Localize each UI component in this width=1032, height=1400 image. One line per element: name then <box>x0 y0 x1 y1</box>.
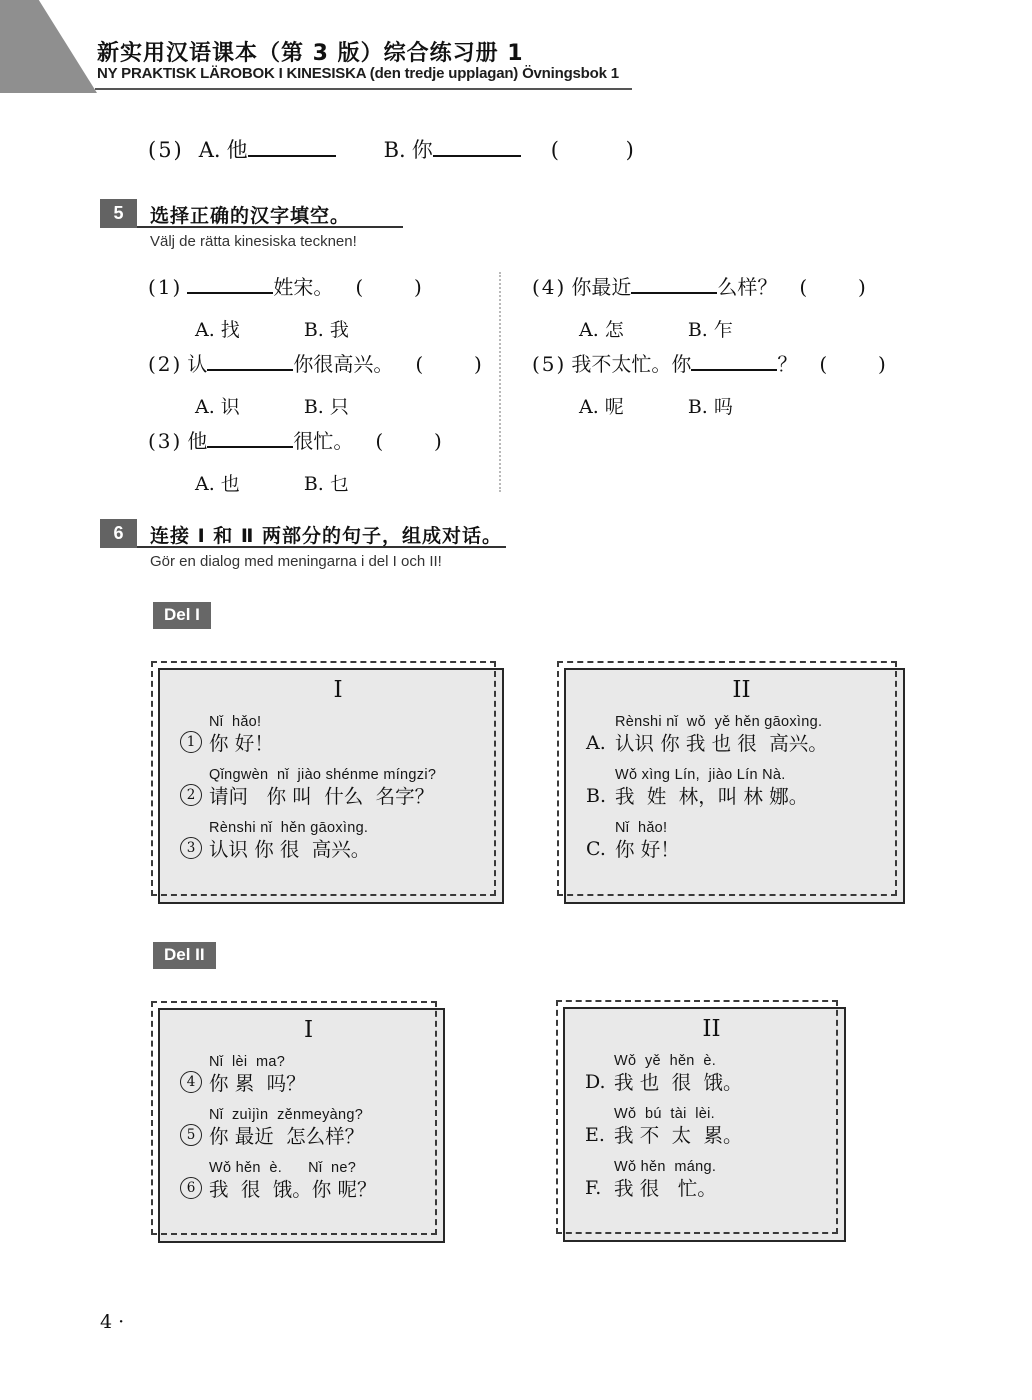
answer-parentheses: ( ) <box>819 352 885 376</box>
pinyin-text: Wǒ hěn máng. <box>614 1159 838 1175</box>
option-a: A. 呢 <box>579 392 624 419</box>
pinyin-text: Nǐ hǎo! <box>209 714 496 730</box>
del2-dialog-box-part2: II D. Wǒ yě hěn è. 我 也 很 饿。 E. Wǒ bú tài… <box>556 1000 838 1234</box>
section6-subtitle-swedish: Gör en dialog med meningarna i del I och… <box>150 553 442 570</box>
header-rule <box>95 88 632 90</box>
hanzi-text: 你 最近 怎么样？ <box>209 1124 437 1150</box>
pinyin-text: Wǒ bú tài lèi. <box>614 1106 838 1122</box>
pinyin-text: Wǒ yě hěn è. <box>614 1053 838 1069</box>
sentence-before-blank: 认 <box>187 348 207 377</box>
option-b: B. 乍 <box>688 315 733 342</box>
options-row: A. 也 B. 乜 <box>148 469 493 496</box>
options-row: A. 呢 B. 吗 <box>532 392 952 419</box>
question-number: (4) <box>532 275 566 299</box>
answer-blank <box>691 369 777 371</box>
answer-parentheses: ( ) <box>799 275 865 299</box>
pinyin-text: Qǐngwèn nǐ jiào shénme míngzi? <box>209 767 496 783</box>
option-a-label: A. <box>199 138 221 162</box>
dialog-line: 3 Rènshi nǐ hěn gāoxìng. 认识 你 很 高兴。 <box>180 820 496 863</box>
fill-blank-question: (1) 姓宋。 ( ) A. 找 B. 我 <box>148 271 493 348</box>
exercise5-left-column: (1) 姓宋。 ( ) A. 找 B. 我 (2) 认 你很高兴。 <box>148 271 493 502</box>
answer-blank <box>433 155 521 157</box>
hanzi-text: 认识 你 很 高兴。 <box>209 837 496 863</box>
line-letter: A. <box>586 732 606 754</box>
question-number: (1) <box>148 275 182 299</box>
dialog-line: 1 Nǐ hǎo! 你 好！ <box>180 714 496 757</box>
line-letter: C. <box>586 838 606 860</box>
pinyin-text: Nǐ zuìjìn zěnmeyàng? <box>209 1107 437 1123</box>
option-b-label: B. <box>384 138 406 162</box>
option-a-hanzi: 他 <box>227 134 248 164</box>
answer-blank <box>631 292 717 294</box>
question-sentence: (4) 你最近 么样？ ( ) <box>532 271 952 300</box>
question-number: (3) <box>148 429 182 453</box>
hanzi-text: 我 很 饿。你 呢？ <box>209 1177 437 1203</box>
fill-blank-question: (5) 我不太忙。你 ？ ( ) A. 呢 B. 吗 <box>532 348 952 425</box>
pinyin-text: Nǐ hǎo! <box>615 820 897 836</box>
fill-blank-question: (3) 他 很忙。 ( ) A. 也 B. 乜 <box>148 425 493 502</box>
book-title-swedish: NY PRAKTISK LÄROBOK I KINESISKA (den tre… <box>97 65 619 82</box>
options-row: A. 找 B. 我 <box>148 315 493 342</box>
corner-triangle-decoration <box>0 0 97 93</box>
question-number: (2) <box>148 352 182 376</box>
question-sentence: (5) 我不太忙。你 ？ ( ) <box>532 348 952 377</box>
line-number-circled: 6 <box>180 1177 202 1199</box>
option-a: A. 找 <box>195 315 240 342</box>
exercise5-right-column: (4) 你最近 么样？ ( ) A. 怎 B. 乍 (5) 我不太忙。你 <box>532 271 952 425</box>
del2-dialog-box-part1: I 4 Nǐ lèi ma? 你 累 吗？ 5 Nǐ zuìjìn zěnmey… <box>151 1001 437 1235</box>
workbook-page: 新实用汉语课本（第 3 版）综合练习册 1 NY PRAKTISK LÄROBO… <box>0 0 1032 1400</box>
hanzi-text: 你 累 吗？ <box>209 1071 437 1097</box>
hanzi-text: 认识 你 我 也 很 高兴。 <box>615 731 897 757</box>
section5-title-chinese: 选择正确的汉字填空。 <box>150 201 350 228</box>
del1-dialog-box-part1: I 1 Nǐ hǎo! 你 好！ 2 Qǐngwèn nǐ jiào shénm… <box>151 661 496 896</box>
dialog-line: 2 Qǐngwèn nǐ jiào shénme míngzi? 请问 你 叫 … <box>180 767 496 810</box>
option-b-hanzi: 你 <box>412 134 433 164</box>
del1-dialog-box-part2: II A. Rènshi nǐ wǒ yě hěn gāoxìng. 认识 你 … <box>557 661 897 896</box>
question-number: (5) <box>532 352 566 376</box>
question-number: (5) <box>148 138 184 162</box>
line-letter: D. <box>585 1071 606 1093</box>
sentence-after-blank: 你很高兴。 <box>293 348 393 377</box>
option-b: B. 只 <box>304 392 349 419</box>
answer-blank <box>207 369 293 371</box>
dialog-line: F. Wǒ hěn máng. 我 很 忙。 <box>585 1159 838 1202</box>
line-number-circled: 5 <box>180 1124 202 1146</box>
dialog-line: B. Wǒ xìng Lín, jiào Lín Nà. 我 姓 林，叫 林 娜… <box>586 767 897 810</box>
hanzi-text: 请问 你 叫 什么 名字？ <box>209 784 496 810</box>
pinyin-text: Wǒ xìng Lín, jiào Lín Nà. <box>615 767 897 783</box>
sentence-after-blank: 很忙。 <box>293 425 353 454</box>
options-row: A. 识 B. 只 <box>148 392 493 419</box>
dialog-line: A. Rènshi nǐ wǒ yě hěn gāoxìng. 认识 你 我 也… <box>586 714 897 757</box>
section6-rule <box>137 546 506 548</box>
pinyin-text: Wǒ hěn è. Nǐ ne? <box>209 1160 437 1176</box>
dialog-line: D. Wǒ yě hěn è. 我 也 很 饿。 <box>585 1053 838 1096</box>
answer-blank <box>207 446 293 448</box>
page-number: 4 · <box>100 1311 124 1333</box>
answer-parentheses: ( ) <box>355 275 421 299</box>
sentence-after-blank: 么样？ <box>717 271 777 300</box>
dialog-line: 5 Nǐ zuìjìn zěnmeyàng? 你 最近 怎么样？ <box>180 1107 437 1150</box>
section5-subtitle-swedish: Välj de rätta kinesiska tecknen! <box>150 233 357 250</box>
answer-parentheses: ( ) <box>551 138 634 162</box>
hanzi-text: 你 好！ <box>209 731 496 757</box>
box-title: II <box>586 677 897 703</box>
column-divider-dotted <box>499 272 501 492</box>
del2-label: Del II <box>153 942 216 969</box>
section6-title-chinese: 连接 Ⅰ 和 Ⅱ 两部分的句子，组成对话。 <box>150 521 502 548</box>
line-number-circled: 4 <box>180 1071 202 1093</box>
sentence-before-blank: 你最近 <box>571 271 631 300</box>
hanzi-text: 你 好！ <box>615 837 897 863</box>
hanzi-text: 我 姓 林，叫 林 娜。 <box>615 784 897 810</box>
box-title: II <box>585 1016 838 1042</box>
pinyin-text: Rènshi nǐ hěn gāoxìng. <box>209 820 496 836</box>
sentence-after-blank: ？ <box>777 348 797 377</box>
hanzi-text: 我 不 太 累。 <box>614 1123 838 1149</box>
del1-label: Del I <box>153 602 211 629</box>
dialog-line: 6 Wǒ hěn è. Nǐ ne? 我 很 饿。你 呢？ <box>180 1160 437 1203</box>
answer-parentheses: ( ) <box>375 429 441 453</box>
question-sentence: (2) 认 你很高兴。 ( ) <box>148 348 493 377</box>
fill-blank-question: (4) 你最近 么样？ ( ) A. 怎 B. 乍 <box>532 271 952 348</box>
sentence-after-blank: 姓宋。 <box>273 271 333 300</box>
option-a: A. 怎 <box>579 315 624 342</box>
hanzi-text: 我 很 忙。 <box>614 1176 838 1202</box>
answer-parentheses: ( ) <box>415 352 481 376</box>
option-b: B. 吗 <box>688 392 733 419</box>
previous-exercise-item: (5) A. 他 B. 你 ( ) <box>148 134 634 164</box>
answer-blank <box>248 155 336 157</box>
hanzi-text: 我 也 很 饿。 <box>614 1070 838 1096</box>
line-number-circled: 1 <box>180 731 202 753</box>
box-title: I <box>180 677 496 703</box>
line-number-circled: 2 <box>180 784 202 806</box>
box-title: I <box>180 1017 437 1043</box>
option-b: B. 乜 <box>304 469 349 496</box>
section5-badge: 5 <box>100 199 137 228</box>
book-title-chinese: 新实用汉语课本（第 3 版）综合练习册 1 <box>97 36 524 67</box>
pinyin-text: Rènshi nǐ wǒ yě hěn gāoxìng. <box>615 714 897 730</box>
sentence-before-blank: 他 <box>187 425 207 454</box>
question-sentence: (3) 他 很忙。 ( ) <box>148 425 493 454</box>
dialog-line: 4 Nǐ lèi ma? 你 累 吗？ <box>180 1054 437 1097</box>
pinyin-text: Nǐ lèi ma? <box>209 1054 437 1070</box>
dialog-line: E. Wǒ bú tài lèi. 我 不 太 累。 <box>585 1106 838 1149</box>
options-row: A. 怎 B. 乍 <box>532 315 952 342</box>
option-a: A. 也 <box>195 469 240 496</box>
line-letter: B. <box>586 785 606 807</box>
answer-blank <box>187 292 273 294</box>
dialog-line: C. Nǐ hǎo! 你 好！ <box>586 820 897 863</box>
section5-rule <box>137 226 403 228</box>
option-b: B. 我 <box>304 315 349 342</box>
line-number-circled: 3 <box>180 837 202 859</box>
sentence-before-blank: 我不太忙。你 <box>571 348 691 377</box>
question-sentence: (1) 姓宋。 ( ) <box>148 271 493 300</box>
option-a: A. 识 <box>195 392 240 419</box>
fill-blank-question: (2) 认 你很高兴。 ( ) A. 识 B. 只 <box>148 348 493 425</box>
line-letter: F. <box>585 1177 601 1199</box>
section6-badge: 6 <box>100 519 137 548</box>
line-letter: E. <box>585 1124 605 1146</box>
